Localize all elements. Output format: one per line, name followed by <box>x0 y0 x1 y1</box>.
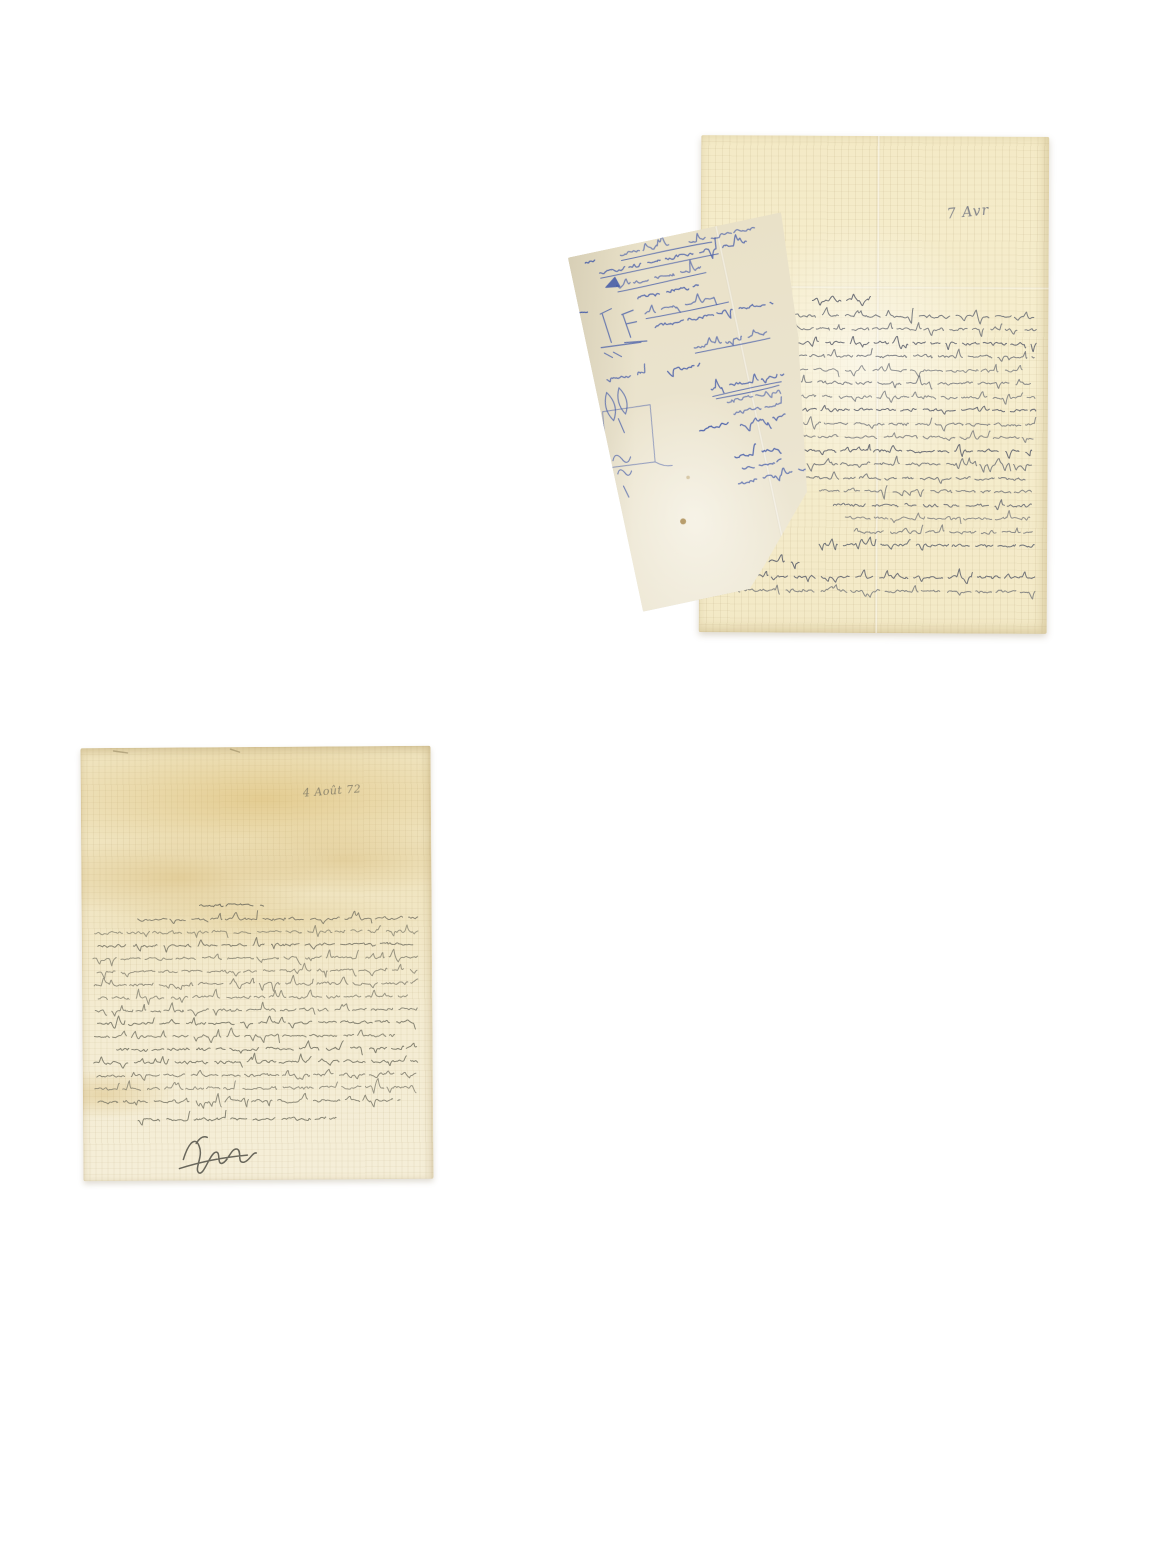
letter-bottom-handwriting <box>80 746 433 1181</box>
manuscript-photo: 7 Avr 4 Août 72 <box>0 0 1165 1558</box>
letter-bottom: 4 Août 72 <box>80 746 433 1181</box>
